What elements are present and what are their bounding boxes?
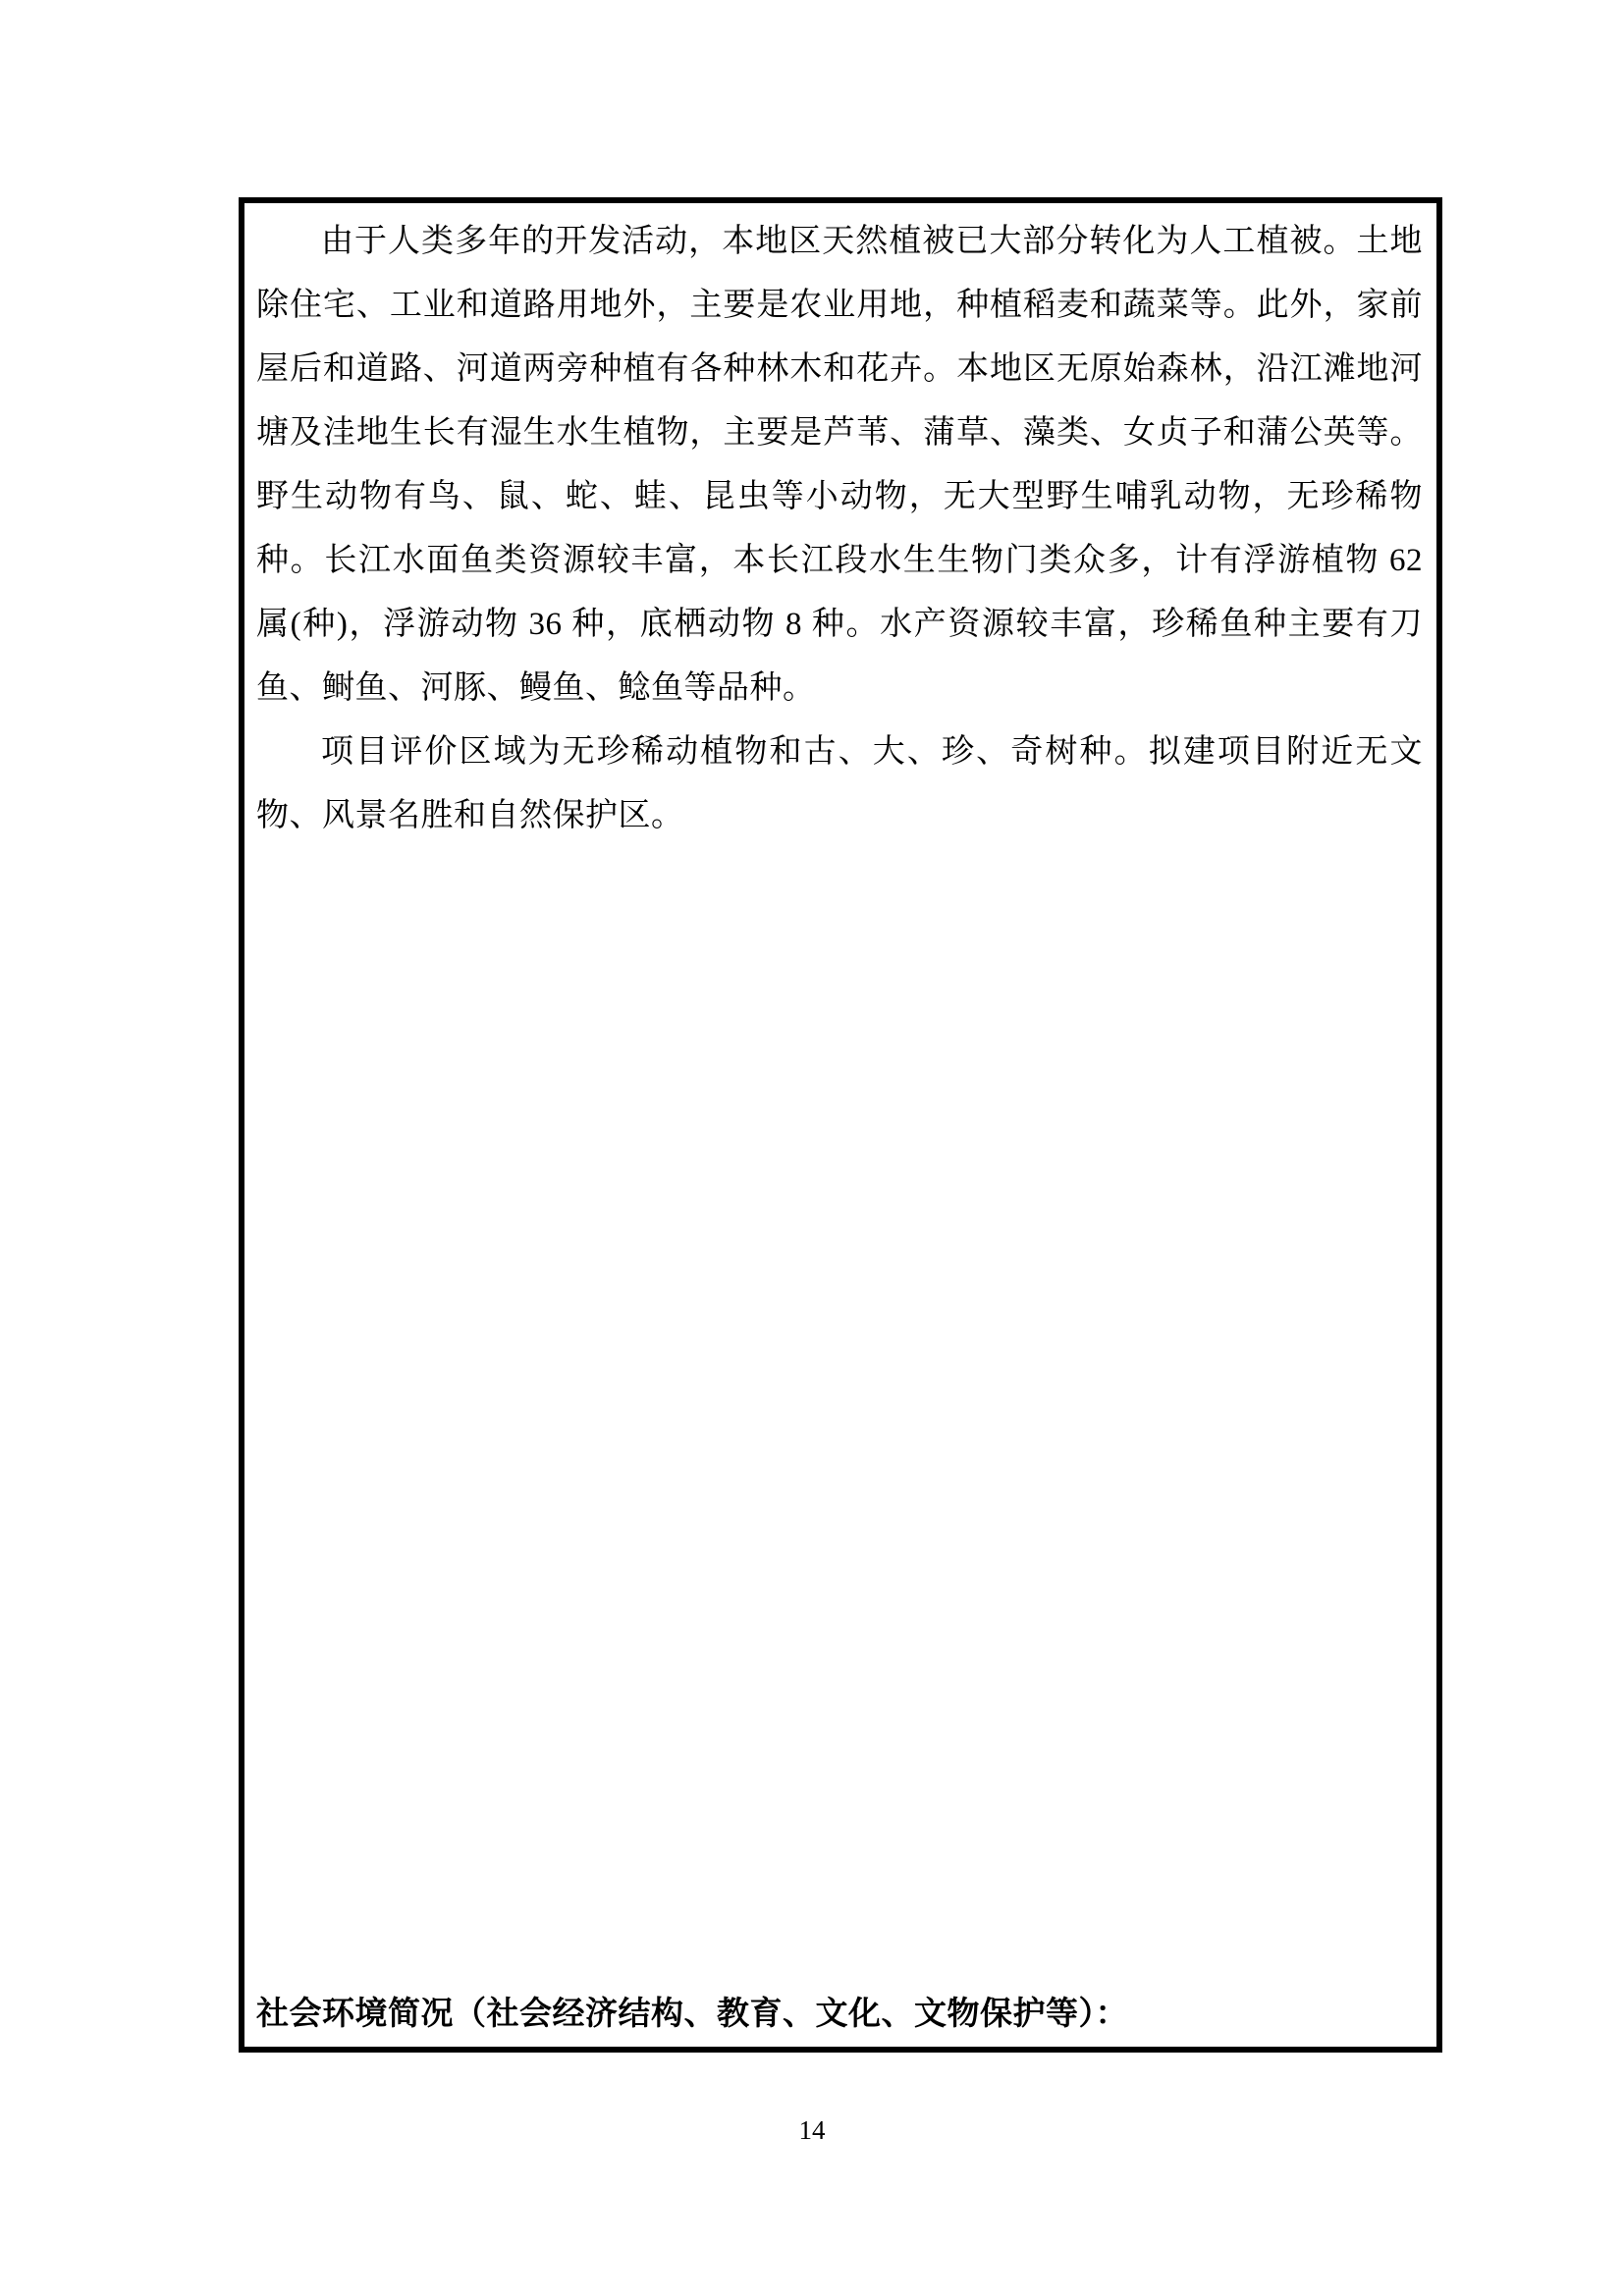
section-heading-social-environment: 社会环境简况（社会经济结构、教育、文化、文物保护等）： [256,1992,1423,2037]
page-number: 14 [0,2113,1624,2147]
natural-environment-text-block: 由于人类多年的开发活动，本地区天然植被已大部分转化为人工植被。土地除住宅、工业和… [256,210,1423,848]
document-page: 由于人类多年的开发活动，本地区天然植被已大部分转化为人工植被。土地除住宅、工业和… [0,0,1624,2296]
paragraph-evaluation-area: 项目评价区域为无珍稀动植物和古、大、珍、奇树种。拟建项目附近无文物、风景名胜和自… [256,721,1423,848]
form-cell-natural-environment: 由于人类多年的开发活动，本地区天然植被已大部分转化为人工植被。土地除住宅、工业和… [239,197,1442,2053]
paragraph-vegetation-wildlife: 由于人类多年的开发活动，本地区天然植被已大部分转化为人工植被。土地除住宅、工业和… [256,210,1423,721]
